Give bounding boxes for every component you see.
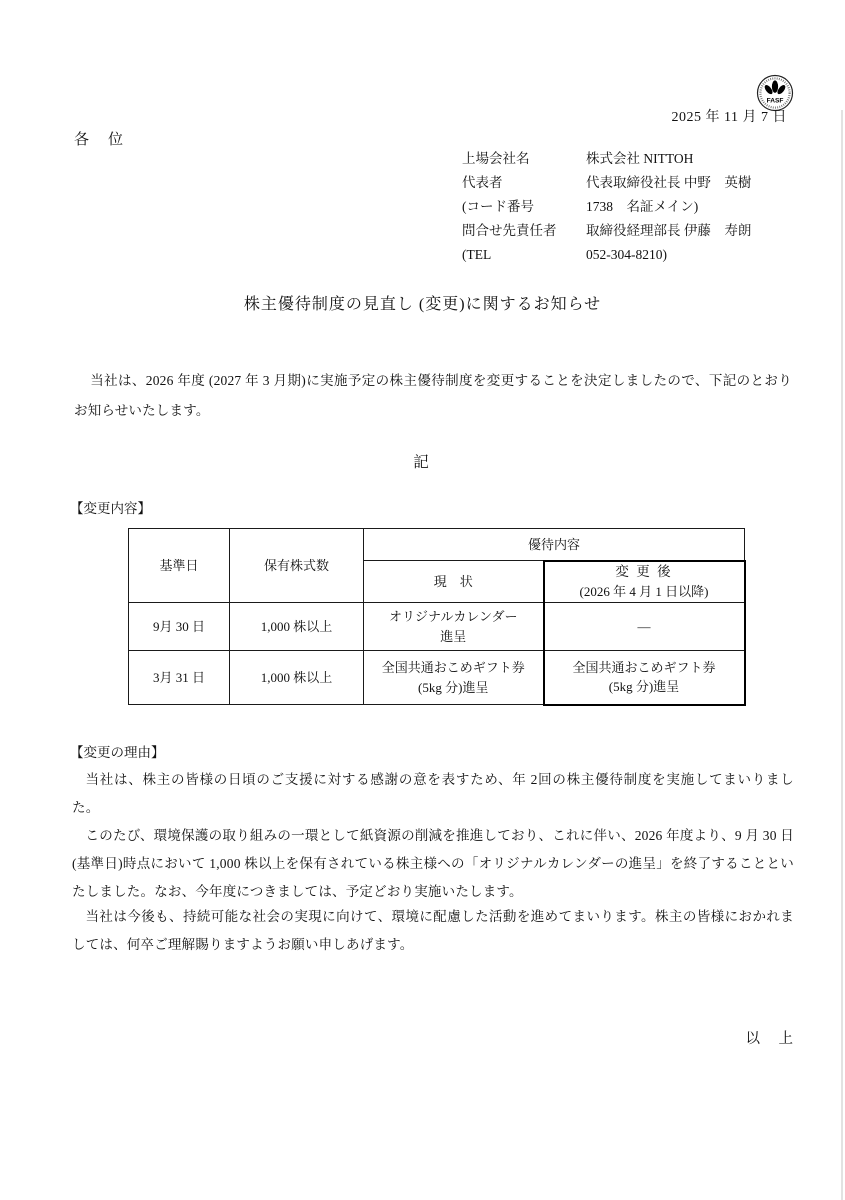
after-header-line2: (2026 年 4 月 1 日以降): [547, 582, 742, 602]
document-page: FASF 2025 年 11 月 7 日 各 位 上場会社名 株式会社 NITT…: [0, 0, 845, 1200]
current-benefit-line1: 全国共通おこめギフト券: [366, 658, 541, 678]
col-header-shares-held: 保有株式数: [230, 529, 364, 603]
intro-paragraph: 当社は、2026 年度 (2027 年 3 月期)に実施予定の株主優待制度を変更…: [74, 366, 792, 426]
info-label: 代表者: [462, 171, 586, 195]
col-header-current: 現 状: [364, 561, 544, 603]
benefit-table: 基準日 保有株式数 優待内容 現 状 変 更 後 (2026 年 4 月 1 日…: [128, 528, 746, 706]
table-row: 3月 31 日 1,000 株以上 全国共通おこめギフト券 (5kg 分)進呈 …: [129, 651, 745, 705]
cell-shares: 1,000 株以上: [230, 603, 364, 651]
section-heading-changes: 【変更内容】: [70, 497, 151, 517]
closing-mark: 以 上: [746, 1027, 796, 1048]
svg-text:FASF: FASF: [767, 98, 784, 105]
reason-paragraph-1: 当社は、株主の皆様の日頃のご支援に対する感謝の意を表すため、年 2回の株主優待制…: [72, 766, 794, 822]
cell-current-benefit: オリジナルカレンダー 進呈: [364, 603, 544, 651]
cell-after-benefit: 全国共通おこめギフト券 (5kg 分)進呈: [544, 651, 745, 705]
info-value: 取締役経理部長 伊藤 寿朗: [586, 219, 751, 243]
info-value: 052-304-8210): [586, 243, 667, 267]
current-benefit-line1: オリジナルカレンダー: [366, 607, 541, 627]
cell-shares: 1,000 株以上: [230, 651, 364, 705]
col-header-after: 変 更 後 (2026 年 4 月 1 日以降): [544, 561, 745, 603]
table-row: 9月 30 日 1,000 株以上 オリジナルカレンダー 進呈 ―: [129, 603, 745, 651]
col-header-record-date: 基準日: [129, 529, 230, 603]
cell-after-benefit: ―: [544, 603, 745, 651]
reason-paragraph-2: このたび、環境保護の取り組みの一環として紙資源の削減を推進しており、これに伴い、…: [72, 822, 794, 906]
after-header-line1: 変 更 後: [547, 562, 742, 582]
addressee: 各 位: [74, 128, 125, 149]
table-header-row-1: 基準日 保有株式数 優待内容: [129, 529, 745, 561]
reason-paragraphs: 当社は、株主の皆様の日頃のご支援に対する感謝の意を表すため、年 2回の株主優待制…: [72, 766, 794, 906]
info-value: 代表取締役社長 中野 英樹: [586, 171, 751, 195]
after-benefit-line1: ―: [547, 617, 742, 637]
info-label: (コード番号: [462, 195, 586, 219]
info-label: 問合せ先責任者: [462, 219, 586, 243]
closing-paragraph: 当社は今後も、持続可能な社会の実現に向けて、環境に配慮した活動を進めてまいります…: [72, 903, 794, 959]
after-benefit-line1: 全国共通おこめギフト券: [547, 658, 742, 678]
section-heading-reason: 【変更の理由】: [70, 741, 165, 761]
cell-current-benefit: 全国共通おこめギフト券 (5kg 分)進呈: [364, 651, 544, 705]
company-info-row: 問合せ先責任者 取締役経理部長 伊藤 寿朗: [462, 219, 751, 243]
info-value: 株式会社 NITTOH: [586, 147, 693, 171]
company-info-block: 上場会社名 株式会社 NITTOH 代表者 代表取締役社長 中野 英樹 (コード…: [462, 147, 751, 267]
document-title: 株主優待制度の見直し (変更)に関するお知らせ: [0, 291, 845, 314]
current-benefit-line2: 進呈: [366, 627, 541, 647]
record-mark: 記: [0, 450, 845, 472]
company-info-row: (TEL 052-304-8210): [462, 243, 751, 267]
info-value: 1738 名証メイン): [586, 195, 698, 219]
company-info-row: 上場会社名 株式会社 NITTOH: [462, 147, 751, 171]
col-header-benefit-details: 優待内容: [364, 529, 745, 561]
cell-record-date: 3月 31 日: [129, 651, 230, 705]
after-benefit-line2: (5kg 分)進呈: [547, 677, 742, 697]
cell-record-date: 9月 30 日: [129, 603, 230, 651]
document-date: 2025 年 11 月 7 日: [672, 106, 787, 126]
current-benefit-line2: (5kg 分)進呈: [366, 678, 541, 698]
scan-edge-artifact: [841, 110, 843, 1200]
info-label: (TEL: [462, 243, 586, 267]
info-label: 上場会社名: [462, 147, 586, 171]
company-info-row: (コード番号 1738 名証メイン): [462, 195, 751, 219]
company-info-row: 代表者 代表取締役社長 中野 英樹: [462, 171, 751, 195]
